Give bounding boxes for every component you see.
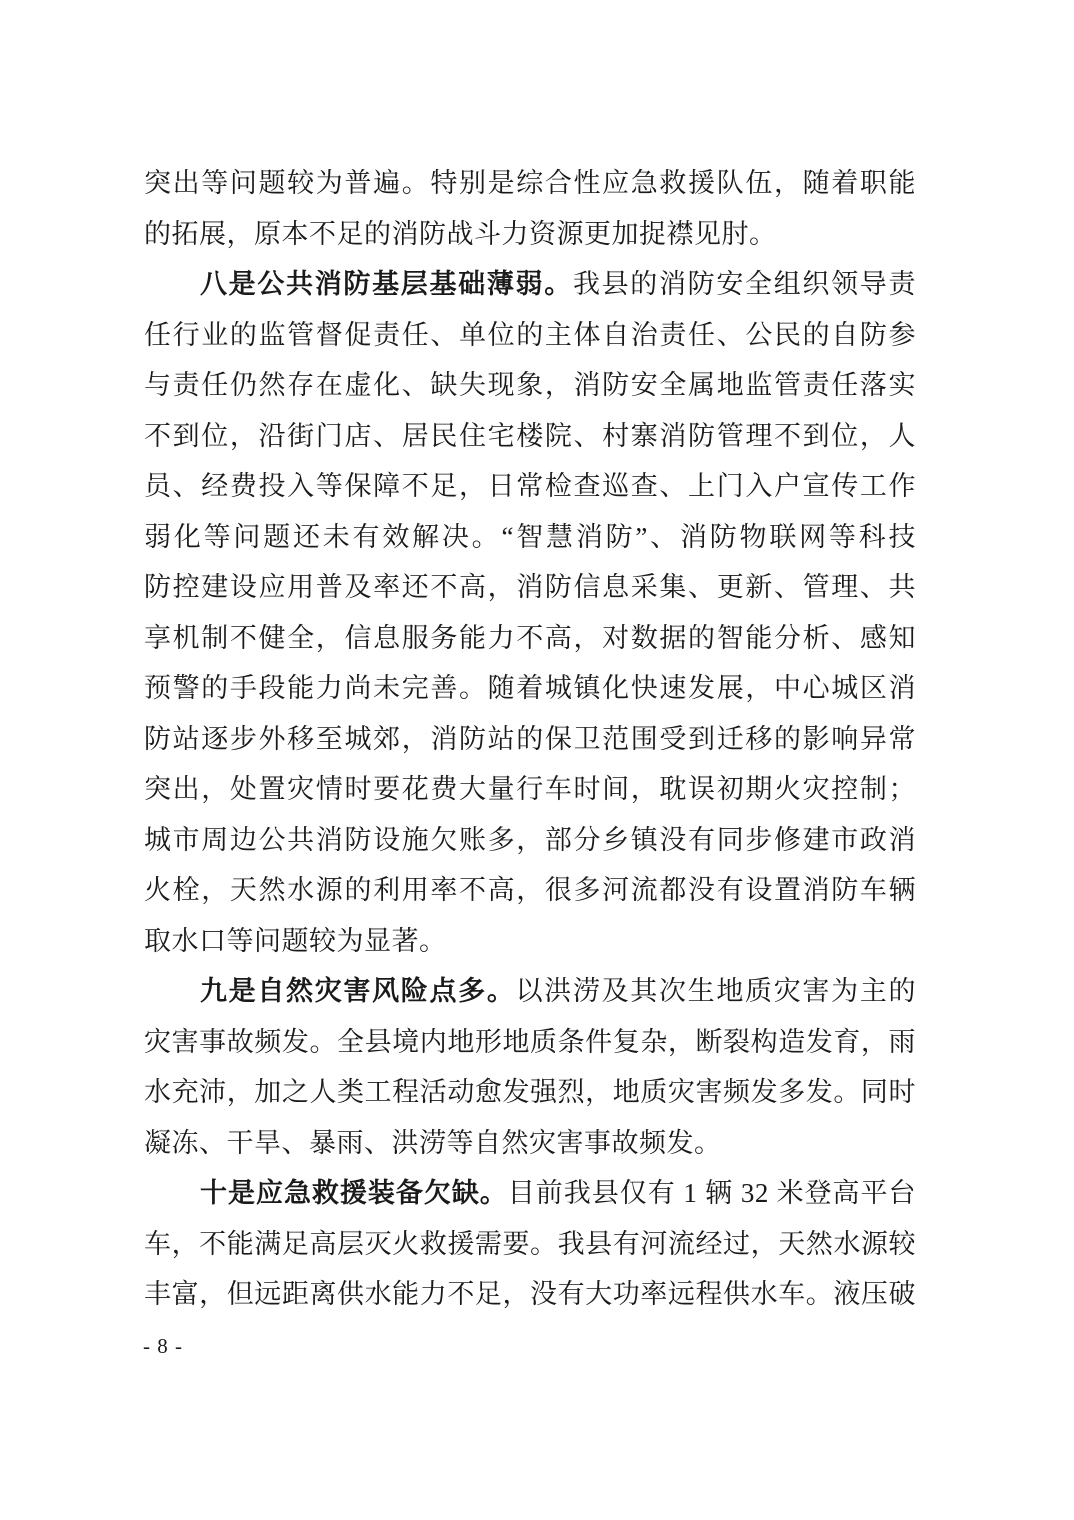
paragraph-lead: 九是自然灾害风险点多。 <box>200 976 516 1006</box>
line-text: 享机制不健全，信息服务能力不高，对数据的智能分析、感知 <box>144 623 916 653</box>
text-line: 不到位，沿街门店、居民住宅楼院、村寨消防管理不到位，人 <box>144 411 916 462</box>
line-text: 的拓展，原本不足的消防战斗力资源更加捉襟见肘。 <box>144 219 777 249</box>
text-line: 火栓，天然水源的利用率不高，很多河流都没有设置消防车辆 <box>144 865 916 916</box>
page-number: - 8 - <box>143 1332 183 1360</box>
text-line: 的拓展，原本不足的消防战斗力资源更加捉襟见肘。 <box>144 209 916 260</box>
text-line: 九是自然灾害风险点多。以洪涝及其次生地质灾害为主的 <box>144 966 916 1017</box>
text-line: 城市周边公共消防设施欠账多，部分乡镇没有同步修建市政消 <box>144 815 916 866</box>
line-text: 突出，处置灾情时要花费大量行车时间，耽误初期火灾控制； <box>144 774 916 804</box>
text-line: 车，不能满足高层灭火救援需要。我县有河流经过，天然水源较 <box>144 1219 916 1270</box>
text-line: 突出等问题较为普遍。特别是综合性应急救援队伍，随着职能 <box>144 158 916 209</box>
line-text: 车，不能满足高层灭火救援需要。我县有河流经过，天然水源较 <box>144 1229 916 1259</box>
text-line: 防控建设应用普及率还不高，消防信息采集、更新、管理、共 <box>144 562 916 613</box>
line-text: 防站逐步外移至城郊，消防站的保卫范围受到迁移的影响异常 <box>144 724 916 754</box>
text-line: 丰富，但远距离供水能力不足，没有大功率远程供水车。液压破 <box>144 1269 916 1320</box>
line-text: 灾害事故频发。全县境内地形地质条件复杂，断裂构造发育，雨 <box>144 1027 916 1057</box>
line-text: 不到位，沿街门店、居民住宅楼院、村寨消防管理不到位，人 <box>144 421 916 451</box>
text-line: 水充沛，加之人类工程活动愈发强烈，地质灾害频发多发。同时 <box>144 1067 916 1118</box>
line-text: 以洪涝及其次生地质灾害为主的 <box>516 976 916 1006</box>
text-line: 凝冻、干旱、暴雨、洪涝等自然灾害事故频发。 <box>144 1118 916 1169</box>
document-body-text: 突出等问题较为普遍。特别是综合性应急救援队伍，随着职能 的拓展，原本不足的消防战… <box>144 158 916 1320</box>
text-line: 十是应急救援装备欠缺。目前我县仅有 1 辆 32 米登高平台 <box>144 1168 916 1219</box>
text-line: 享机制不健全，信息服务能力不高，对数据的智能分析、感知 <box>144 613 916 664</box>
line-text: 我县的消防安全组织领导责 <box>573 269 916 299</box>
line-text: 目前我县仅有 1 辆 32 米登高平台 <box>508 1178 916 1208</box>
line-text: 弱化等问题还未有效解决。“智慧消防”、消防物联网等科技 <box>144 522 916 552</box>
line-text: 预警的手段能力尚未完善。随着城镇化快速发展，中心城区消 <box>144 673 916 703</box>
document-page: 突出等问题较为普遍。特别是综合性应急救援队伍，随着职能 的拓展，原本不足的消防战… <box>0 0 1074 1520</box>
line-text: 水充沛，加之人类工程活动愈发强烈，地质灾害频发多发。同时 <box>144 1077 916 1107</box>
text-line: 取水口等问题较为显著。 <box>144 916 916 967</box>
line-text: 突出等问题较为普遍。特别是综合性应急救援队伍，随着职能 <box>144 168 916 198</box>
text-line: 弱化等问题还未有效解决。“智慧消防”、消防物联网等科技 <box>144 512 916 563</box>
text-line: 灾害事故频发。全县境内地形地质条件复杂，断裂构造发育，雨 <box>144 1017 916 1068</box>
text-line: 与责任仍然存在虚化、缺失现象，消防安全属地监管责任落实 <box>144 360 916 411</box>
paragraph-lead: 八是公共消防基层基础薄弱。 <box>200 269 573 299</box>
line-text: 火栓，天然水源的利用率不高，很多河流都没有设置消防车辆 <box>144 875 916 905</box>
line-text: 防控建设应用普及率还不高，消防信息采集、更新、管理、共 <box>144 572 916 602</box>
line-text: 员、经费投入等保障不足，日常检查巡查、上门入户宣传工作 <box>144 471 916 501</box>
text-line: 突出，处置灾情时要花费大量行车时间，耽误初期火灾控制； <box>144 764 916 815</box>
text-line: 预警的手段能力尚未完善。随着城镇化快速发展，中心城区消 <box>144 663 916 714</box>
text-line: 防站逐步外移至城郊，消防站的保卫范围受到迁移的影响异常 <box>144 714 916 765</box>
text-line: 八是公共消防基层基础薄弱。我县的消防安全组织领导责 <box>144 259 916 310</box>
paragraph-lead: 十是应急救援装备欠缺。 <box>200 1178 508 1208</box>
line-text: 城市周边公共消防设施欠账多，部分乡镇没有同步修建市政消 <box>144 825 916 855</box>
line-text: 与责任仍然存在虚化、缺失现象，消防安全属地监管责任落实 <box>144 370 916 400</box>
line-text: 凝冻、干旱、暴雨、洪涝等自然灾害事故频发。 <box>144 1128 722 1158</box>
line-text: 丰富，但远距离供水能力不足，没有大功率远程供水车。液压破 <box>144 1279 916 1309</box>
line-text: 取水口等问题较为显著。 <box>144 926 447 956</box>
text-line: 任行业的监管督促责任、单位的主体自治责任、公民的自防参 <box>144 310 916 361</box>
text-line: 员、经费投入等保障不足，日常检查巡查、上门入户宣传工作 <box>144 461 916 512</box>
line-text: 任行业的监管督促责任、单位的主体自治责任、公民的自防参 <box>144 320 916 350</box>
